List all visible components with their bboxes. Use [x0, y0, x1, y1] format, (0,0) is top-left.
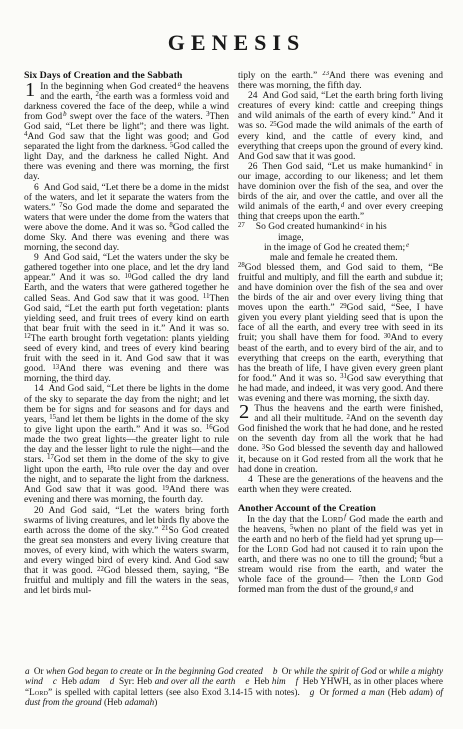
footnote-marker: d	[341, 202, 344, 209]
verse-paragraph: 9And God said, “Let the waters under the…	[24, 253, 229, 384]
verse-number-start: 14	[34, 384, 44, 394]
text-run: then the	[362, 575, 400, 585]
verse-number: 19	[162, 485, 169, 492]
verse-number: 4	[24, 131, 27, 138]
poetry-line: image,	[238, 233, 443, 243]
chapter-paragraph: 2Thus the heavens and the earth were fin…	[238, 404, 443, 475]
italic-text-run: and over all the earth	[155, 676, 236, 686]
poetry-block: 27So God created humankindc in hisimage,…	[238, 222, 443, 262]
italic-text-run: formed a man	[332, 687, 385, 697]
text-run: swept over the face of the waters.	[67, 112, 207, 122]
footnote-letter: b	[273, 666, 278, 676]
text-run: Or	[316, 687, 332, 697]
text-run: in the image of God he created them;	[264, 243, 405, 253]
footnote-letter: d	[110, 676, 115, 686]
verse-paragraph: tiply on the earth.” 23And there was eve…	[238, 71, 443, 91]
verse-number: 7	[59, 202, 62, 209]
text-run: Heb	[59, 676, 79, 686]
text-run: and	[398, 585, 414, 595]
verse-paragraph: 28God blessed them, and God said to them…	[238, 263, 443, 404]
text-run: (Heb	[385, 687, 410, 697]
verse-paragraph: 14And God said, “Let there be lights in …	[24, 384, 229, 505]
text-run: In the day that the	[247, 515, 322, 525]
verse-number: 25	[270, 121, 277, 128]
verse-number: 10	[125, 273, 132, 280]
verse-number-start: 24	[248, 91, 258, 101]
verse-number: 28	[238, 262, 245, 269]
verse-number: 2	[96, 91, 99, 98]
italic-text-run: him	[272, 676, 286, 686]
italic-text-run: adamah	[125, 697, 155, 707]
text-run: tiply on the earth.”	[238, 71, 322, 81]
italic-text-run: In the beginning God created	[155, 666, 263, 676]
section-heading: Another Account of the Creation	[238, 504, 443, 515]
right-column: tiply on the earth.” 23And there was eve…	[238, 71, 443, 653]
verse-number: 8	[169, 222, 172, 229]
verse-number: 30	[384, 333, 391, 340]
verse-number: 27	[238, 222, 245, 229]
divine-name-small-caps: Lord	[29, 687, 48, 697]
verse-number: 18	[107, 465, 114, 472]
chapter-number-dropcap: 2	[238, 404, 254, 422]
italic-text-run: when God began to create	[46, 666, 143, 676]
footnote-marker: a	[178, 81, 181, 88]
divine-name-small-caps: Lord	[322, 515, 343, 525]
text-run: Then God said, “Let us make humankind	[263, 162, 428, 172]
verse-number: 22	[97, 566, 104, 573]
italic-text-run: adam	[79, 676, 99, 686]
verse-number-start: 9	[34, 253, 39, 263]
verse-number: 23	[322, 71, 329, 77]
footnote-marker: b	[63, 111, 66, 118]
verse-paragraph: In the day that the Lordf God made the e…	[238, 515, 443, 596]
verse-number: 11	[203, 293, 210, 300]
text-run: Syr: Heb	[116, 676, 154, 686]
text-run: These are the generations of the heavens…	[238, 475, 443, 495]
divine-name-small-caps: Lord	[267, 545, 288, 555]
poetry-line: in the image of God he created them;e	[238, 243, 443, 253]
text-run: ” is spelled with capital letters (see a…	[48, 687, 300, 697]
italic-text-run: while the spirit of God	[294, 666, 377, 676]
verse-number: 17	[47, 454, 54, 461]
section-heading: Six Days of Creation and the Sabbath	[24, 71, 229, 82]
bible-page: GENESIS Six Days of Creation and the Sab…	[0, 0, 463, 729]
verse-number: 7	[359, 575, 362, 582]
verse-number: 6	[420, 554, 423, 561]
verse-number-start: 20	[34, 506, 44, 516]
verse-number: 5	[290, 524, 293, 531]
poetry-line: male and female he created them.	[238, 253, 443, 263]
verse-number: 2	[347, 414, 350, 421]
verse-paragraph: 6And God said, “Let there be a dome in t…	[24, 183, 229, 254]
text-run: )	[154, 697, 157, 707]
chapter-paragraph: 1In the beginning when God createda the …	[24, 82, 229, 183]
verse-number: 3	[262, 444, 265, 451]
poetry-line: 27So God created humankindc in his	[238, 222, 443, 232]
verse-number: 12	[24, 333, 31, 340]
text-run: Heb	[251, 676, 271, 686]
text-run: In the beginning when God created	[40, 82, 176, 92]
verse-number: 29	[340, 303, 347, 310]
verse-number: 16	[206, 424, 213, 431]
footnotes-block: a Or when God began to create or In the …	[25, 666, 443, 708]
text-run: So God created humankind	[256, 222, 360, 232]
verse-number: 21	[162, 525, 169, 532]
footnote-letter: c	[53, 676, 57, 686]
verse-paragraph: 20And God said, “Let the waters bring fo…	[24, 506, 229, 597]
text-run: Or	[279, 666, 293, 676]
text-run: in his	[364, 222, 387, 232]
verse-number-start: 6	[34, 183, 39, 193]
verse-number: 15	[49, 414, 56, 421]
text-run: male and female he created them.	[270, 253, 398, 263]
text-columns: Six Days of Creation and the Sabbath1In …	[24, 71, 443, 653]
verse-number: 3	[206, 111, 209, 118]
footnote-letter: f	[296, 676, 299, 686]
footnote-letter: e	[245, 676, 249, 686]
footnote-marker: f	[344, 514, 346, 521]
footnote-marker: e	[406, 242, 409, 249]
divine-name-small-caps: Lord	[400, 575, 421, 585]
verse-number: 13	[52, 364, 59, 371]
text-run: So God blessed the seventh day and hallo…	[238, 444, 443, 474]
text-run: image,	[278, 233, 304, 243]
italic-text-run: adam	[409, 687, 429, 697]
chapter-number-dropcap: 1	[24, 82, 40, 100]
verse-number-start: 26	[248, 162, 258, 172]
footnote-marker: g	[394, 585, 397, 592]
verse-number: 31	[340, 373, 347, 380]
footnote-marker: c	[360, 222, 363, 229]
text-run: (Heb	[102, 697, 125, 707]
verse-paragraph: 26Then God said, “Let us make humankindc…	[238, 162, 443, 223]
verse-number-start: 4	[248, 475, 253, 485]
footnote-letter: a	[25, 666, 30, 676]
text-run: or	[143, 666, 155, 676]
verse-paragraph: 4These are the generations of the heaven…	[238, 475, 443, 495]
verse-number: 5	[170, 142, 173, 149]
footnote-letter: g	[310, 687, 315, 697]
verse-paragraph: 24And God said, “Let the earth bring for…	[238, 91, 443, 162]
footnote-marker: c	[429, 161, 432, 168]
left-column: Six Days of Creation and the Sabbath1In …	[24, 71, 229, 653]
text-run: or	[377, 666, 389, 676]
book-title: GENESIS	[24, 30, 443, 56]
text-run: Or	[32, 666, 46, 676]
